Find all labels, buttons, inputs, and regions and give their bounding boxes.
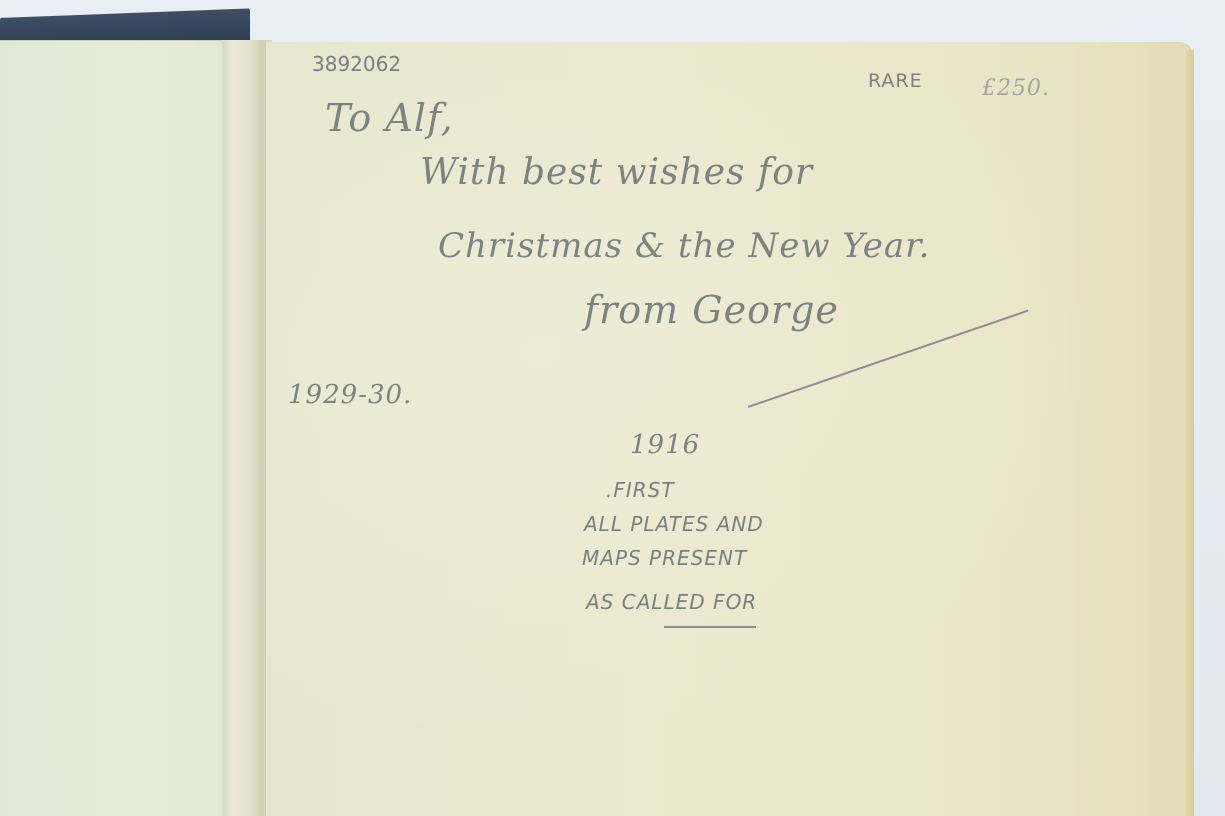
greeting: To Alf, — [325, 96, 454, 140]
edition-year: 1916 — [630, 430, 700, 460]
rarity-note: RARE — [868, 70, 923, 92]
price-note: £250. — [982, 76, 1050, 101]
message-line-2: Christmas & the New Year. — [438, 226, 930, 266]
left-pastedown — [0, 40, 232, 816]
condition-underline — [664, 626, 756, 628]
book-photo: 3892062 RARE £250. To Alf, With best wis… — [0, 0, 1225, 816]
message-line-1: With best wishes for — [420, 152, 813, 193]
signature: from George — [584, 288, 839, 332]
page-fore-edge — [1186, 50, 1194, 816]
catalog-number: 3892062 — [312, 52, 401, 76]
condition-line-1: ALL PLATES AND — [584, 512, 764, 536]
condition-line-2: MAPS PRESENT — [582, 546, 747, 570]
edition-note: .FIRST — [606, 478, 675, 502]
year-range: 1929-30. — [288, 380, 412, 410]
condition-line-3: AS CALLED FOR — [586, 590, 757, 614]
